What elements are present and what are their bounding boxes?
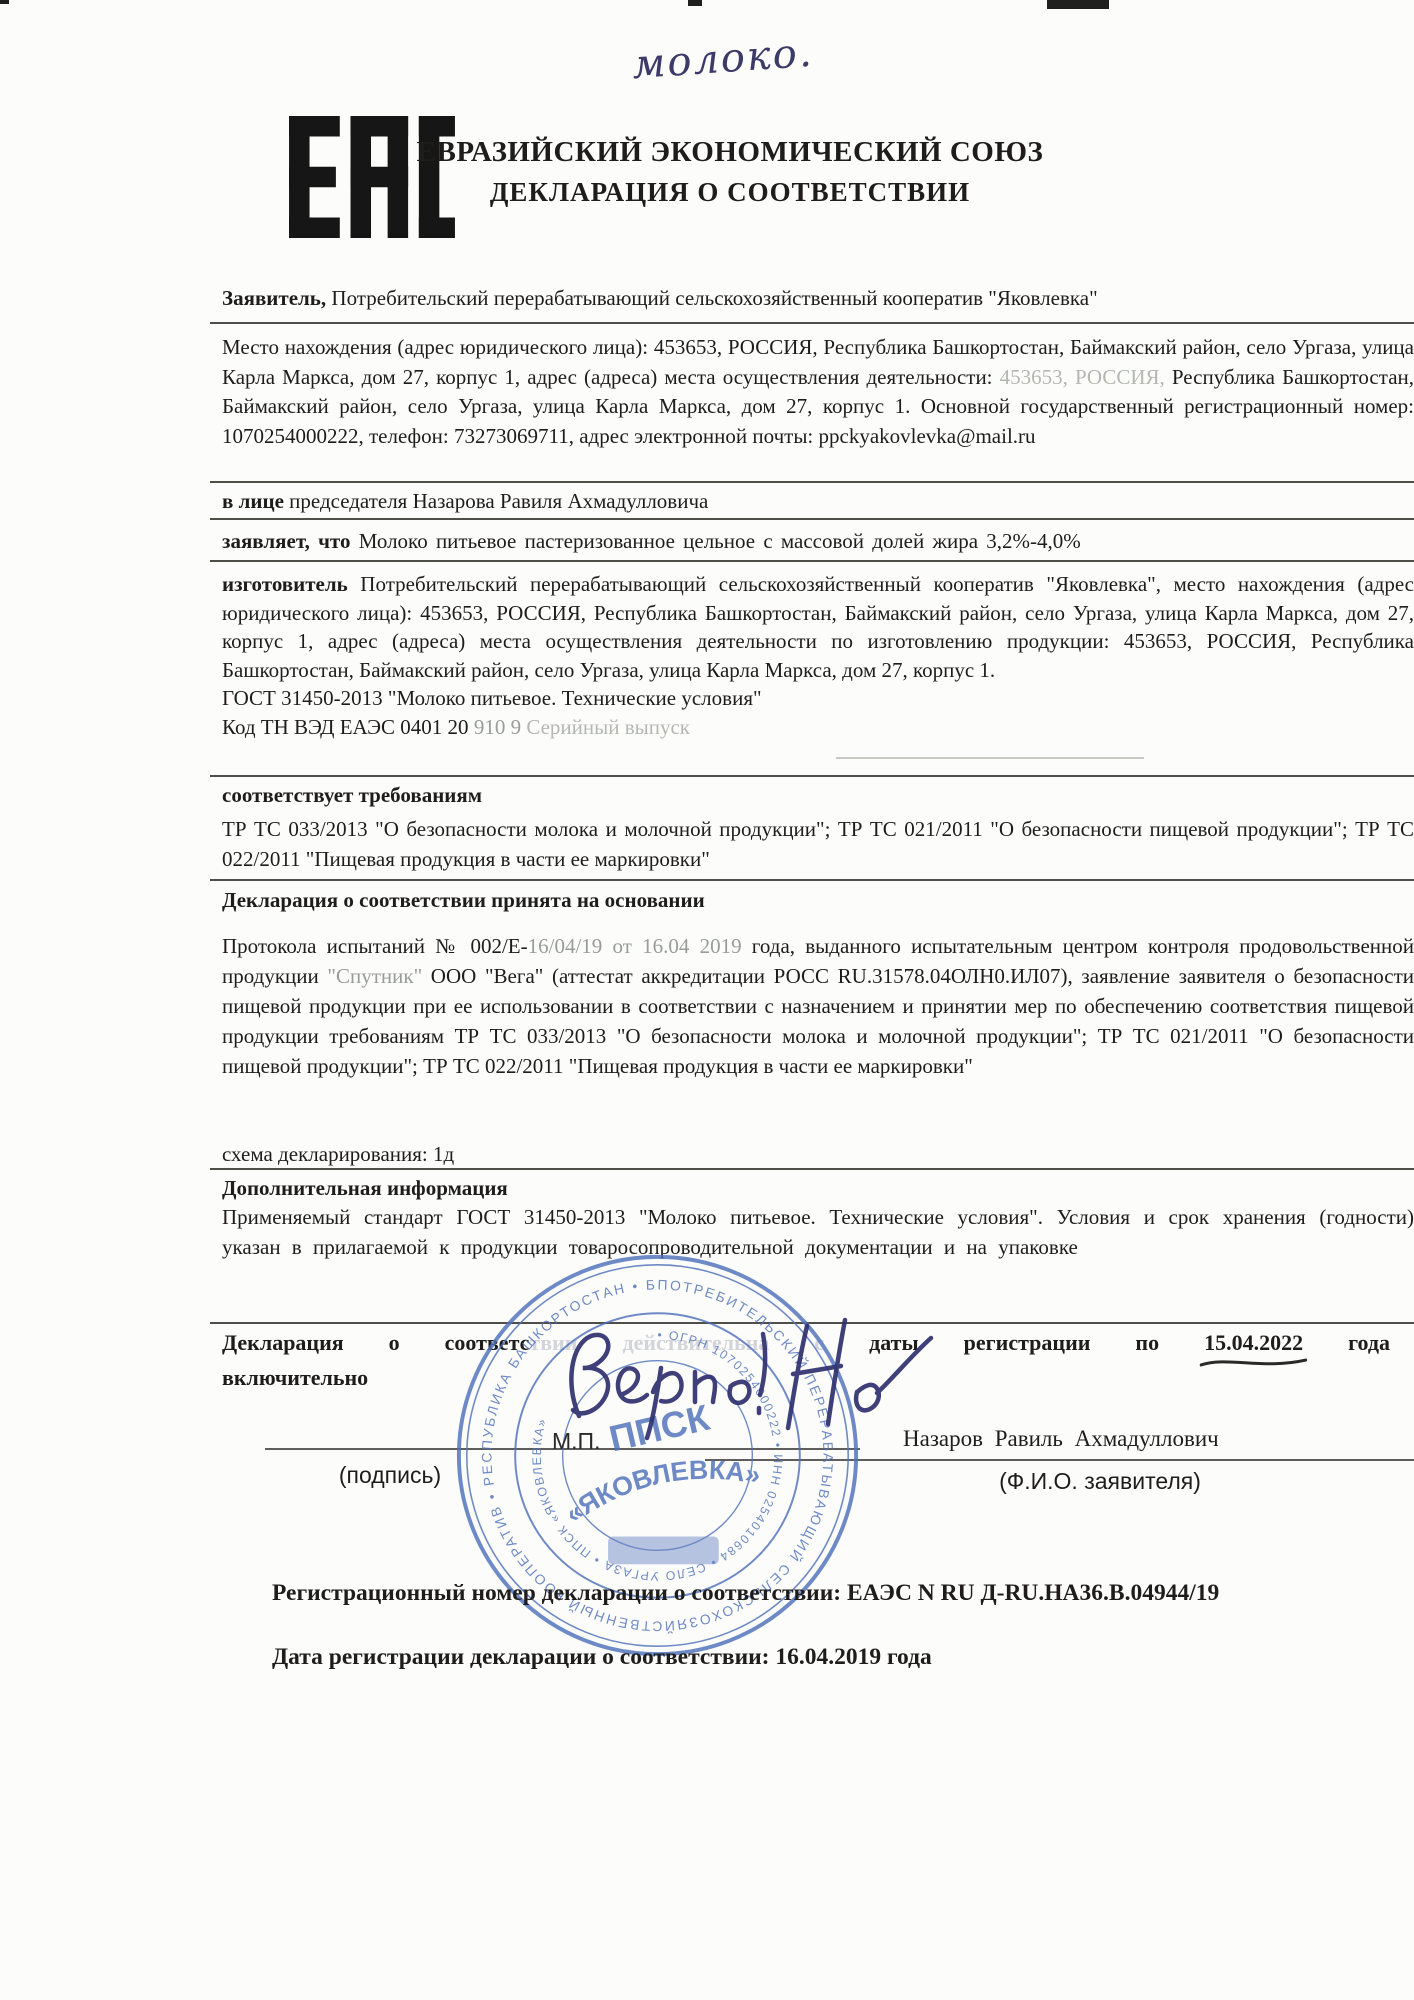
manufacturer-label: изготовитель	[222, 572, 348, 596]
separator-line	[210, 518, 1414, 520]
protocol-dark1: Протокола испытаний № 002/Е-	[222, 934, 528, 958]
compliance-text: ТР ТС 033/2013 "О безопасности молока и …	[222, 814, 1414, 874]
gost-line: ГОСТ 31450-2013 "Молоко питьевое. Технич…	[222, 684, 1414, 713]
separator-line	[210, 879, 1414, 881]
tnved-line: Код ТН ВЭД ЕАЭС 0401 20 910 9 Серийный в…	[222, 713, 1414, 742]
validity-line2: включительно	[222, 1363, 368, 1392]
separator-line	[210, 1168, 1414, 1170]
faded-line-artifact	[836, 757, 1144, 759]
protocol-number-faded: 16/04/19 от 16.04 2019	[528, 934, 742, 958]
handwritten-note-milk: молоко.	[631, 30, 815, 89]
title-declaration: ДЕКЛАРАЦИЯ О СООТВЕТСТВИИ	[400, 177, 1060, 208]
date-underline-swoosh	[1198, 1353, 1309, 1371]
fio-caption: (Ф.И.О. заявителя)	[950, 1468, 1250, 1495]
signature-caption: (подпись)	[250, 1462, 530, 1489]
document-title: ЕВРАЗИЙСКИЙ ЭКОНОМИЧЕСКИЙ СОЮЗ ДЕКЛАРАЦИ…	[400, 136, 1060, 208]
tnved-code-faded: 910 9	[474, 715, 521, 739]
title-union: ЕВРАЗИЙСКИЙ ЭКОНОМИЧЕСКИЙ СОЮЗ	[400, 136, 1060, 169]
validity-date: 15.04.2022	[1204, 1330, 1303, 1356]
compliance-heading: соответствует требованиям	[222, 781, 1414, 810]
manufacturer-block: изготовитель Потребительский перерабатыв…	[222, 570, 1414, 741]
declares-label: заявляет, что	[222, 529, 350, 553]
applicant-value: Потребительский перерабатывающий сельско…	[326, 286, 1097, 310]
representative-label: в лице	[222, 489, 284, 513]
product-declaration-row: заявляет, что Молоко питьевое пастеризов…	[222, 527, 1414, 556]
product-name: Молоко питьевое пастеризованное цельное …	[350, 529, 1080, 553]
tnved-label: Код ТН ВЭД ЕАЭС 0401 20	[222, 715, 474, 739]
separator-line	[210, 481, 1414, 483]
mp-label: М.П.	[552, 1428, 600, 1455]
applicant-row: Заявитель, Потребительский перерабатываю…	[222, 284, 1414, 313]
scan-artifact	[688, 0, 702, 6]
representative-value: председателя Назарова Равиля Ахмадуллови…	[284, 489, 708, 513]
applicant-label: Заявитель,	[222, 286, 326, 310]
address-paragraph: Место нахождения (адрес юридического лиц…	[222, 333, 1414, 451]
separator-line	[210, 775, 1414, 777]
validity-suffix: года	[1348, 1330, 1390, 1355]
basis-paragraph: Протокола испытаний № 002/Е-16/04/19 от …	[222, 931, 1414, 1081]
address-part2-faded: 453653, РОССИЯ,	[1000, 365, 1165, 389]
representative-row: в лице председателя Назарова Равиля Ахма…	[222, 487, 1414, 516]
additional-info-heading: Дополнительная информация	[222, 1174, 1414, 1203]
scan-artifact	[1047, 0, 1109, 9]
separator-line	[210, 322, 1414, 324]
separator-line	[210, 560, 1414, 562]
serial-issue-faded: Серийный выпуск	[521, 715, 690, 739]
handwritten-signature	[545, 1298, 935, 1443]
basis-heading: Декларация о соответствии принята на осн…	[222, 886, 1414, 915]
signer-name: Назаров Равиль Ахмадуллович	[903, 1424, 1219, 1453]
registration-number-line: Регистрационный номер декларации о соотв…	[272, 1580, 1414, 1607]
manufacturer-text: Потребительский перерабатывающий сельско…	[222, 572, 1414, 682]
sputnik-faded: "Спутник"	[327, 964, 422, 988]
declaration-scheme: схема декларирования: 1д	[222, 1140, 454, 1169]
registration-date-line: Дата регистрации декларации о соответств…	[272, 1644, 1414, 1671]
scan-artifact	[0, 0, 9, 4]
